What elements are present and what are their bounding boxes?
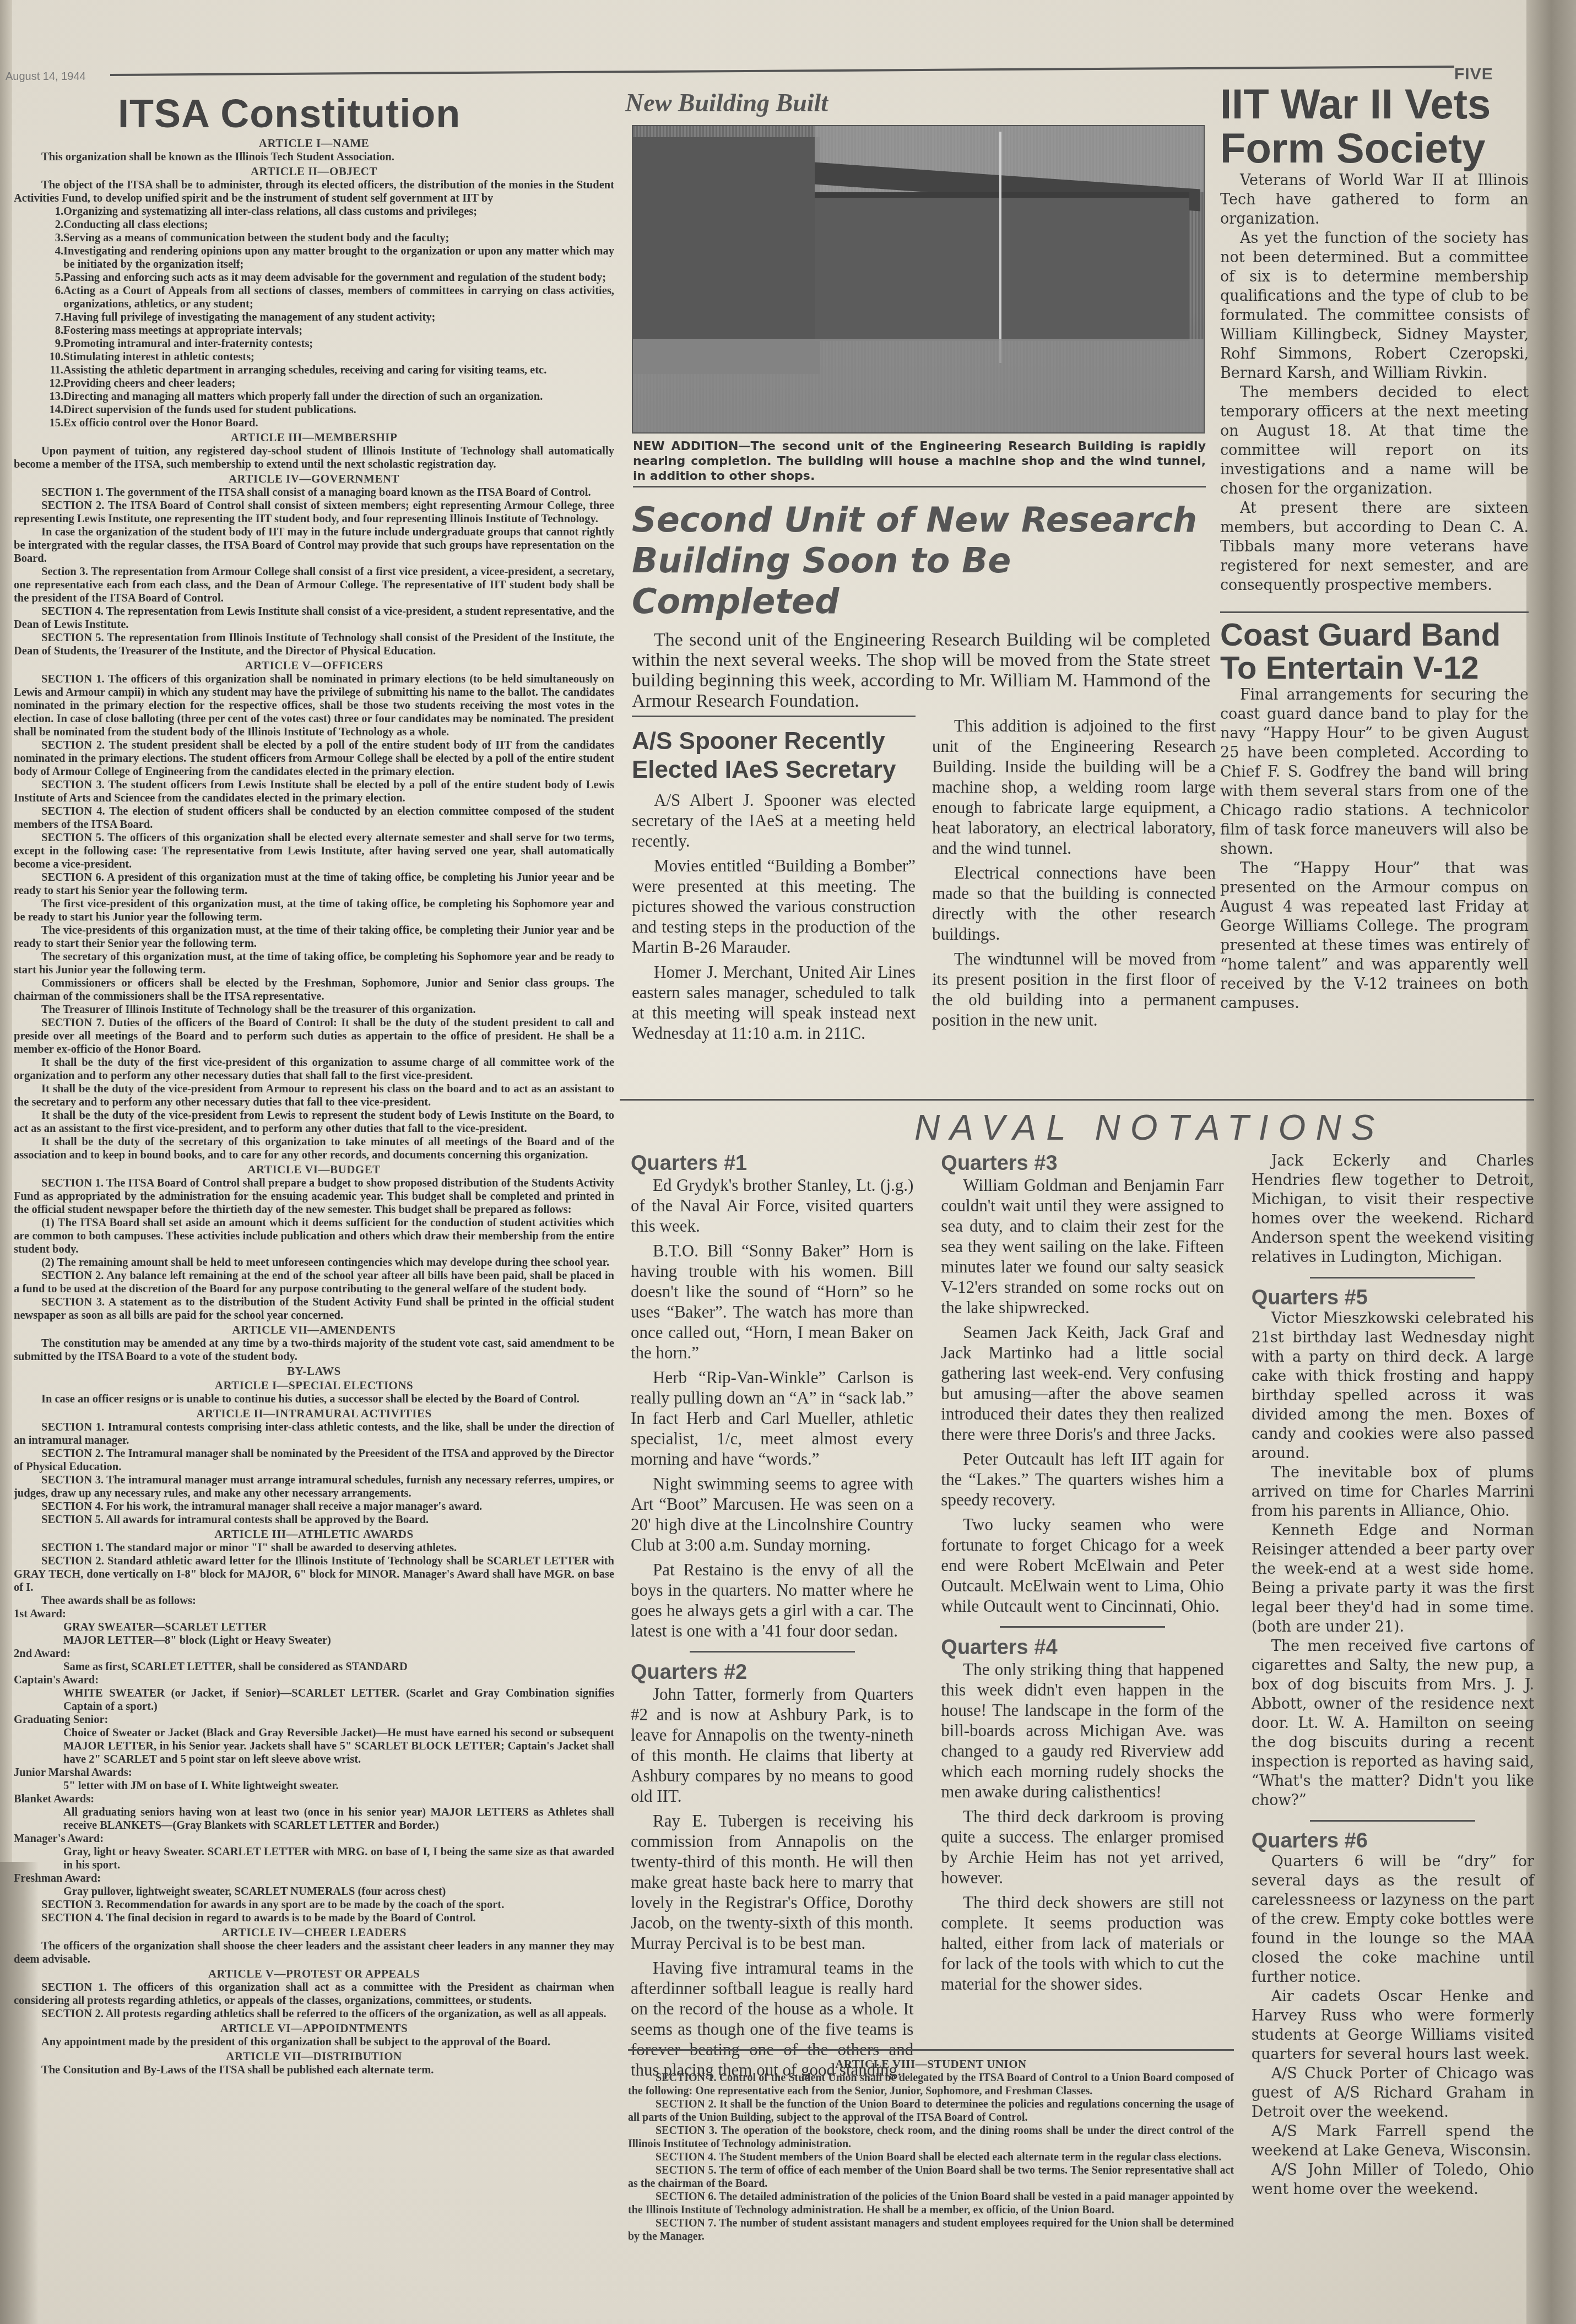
article-heading: ARTICLE V—OFFICERS [14,659,614,672]
article-heading: ARTICLE IV—GOVERNMENT [14,472,614,485]
paragraph: A/S John Miller of Toledo, Ohio went hom… [1252,2160,1534,2199]
paragraph: SECTION 1. The officers of this organiza… [14,1981,614,2007]
paragraph: Quarters 6 will be “dry” for several day… [1252,1852,1534,1987]
paragraph: (1) The ITSA Board shall set aside an am… [14,1216,614,1256]
award-category: 2nd Award: [14,1647,614,1660]
object-list: 1.Organizing and systematizing all inter… [14,205,614,430]
article-heading: ARTICLE I—NAME [14,137,614,150]
paragraph: It shall be the duty of the vice-preside… [14,1109,614,1135]
list-item: 5.Passing and enforcing such acts as it … [14,271,614,284]
photo-building [815,192,1189,341]
student-union-article: ARTICLE VIII—STUDENT UNION SECTION 1. Co… [628,2049,1234,2243]
list-item: 11.Assisting the athletic department in … [14,364,614,377]
award-category: Freshman Award: [14,1872,614,1885]
right-column: IIT War II Vets Form Society Veterans of… [1220,83,1529,1013]
paragraph: The secretary of this organization must,… [14,950,614,977]
paragraph: Herb “Rip-Van-Winkle” Carlson is really … [631,1367,913,1469]
paragraph: In case an officer resigns or is unable … [14,1393,614,1406]
lead-paragraph: The second unit of the Engineering Resea… [632,630,1210,711]
paragraph: SECTION 2. It shall be the function of t… [628,2098,1234,2124]
paragraph: SECTION 6. The detailed administration o… [628,2190,1234,2217]
paragraph: The Treasurer of Illinois Institute of T… [14,1003,614,1016]
award-category: Blanket Awards: [14,1792,614,1806]
paragraph: The constitution may be amended at any t… [14,1337,614,1363]
quarters-heading: Quarters #3 [941,1153,1223,1174]
paragraph: The members decided to elect temporary o… [1220,383,1529,499]
award-line: MAJOR LETTER—8" block (Light or Heavy Sw… [14,1634,614,1647]
paragraph: SECTION 2. The student president shall b… [14,739,614,778]
paragraph: Two lucky seamen who were fortunate to f… [941,1514,1223,1616]
paragraph: Air cadets Oscar Henke and Harvey Russ w… [1252,1987,1534,2064]
award-line: 5" letter with JM on base of I. White li… [14,1779,614,1792]
award-line: Same as first, SCARLET LETTER, shall be … [14,1660,614,1673]
list-item: 4.Investigating and rendering opinions u… [14,245,614,271]
paragraph: Pat Restaino is the envy of all the boys… [631,1559,913,1641]
award-line: GRAY SWEATER—SCARLET LETTER [14,1621,614,1634]
paragraph: SECTION 1. Intramural contests comprisin… [14,1421,614,1447]
paragraph: Jack Eckerly and Charles Hendries flew t… [1252,1151,1534,1267]
award-category: Junior Marshal Awards: [14,1766,614,1779]
paragraph: It shall be the duty of the first vice-p… [14,1056,614,1082]
divider [1310,1277,1475,1279]
award-line: Gray, light or heavy Sweater. SCARLET LE… [14,1845,614,1872]
paragraph: SECTION 1. The standard major or minor "… [14,1541,614,1554]
article-heading: ARTICLE IV—CHEER LEADERS [14,1926,614,1939]
photo-kicker: New Building Built [625,88,1215,117]
paragraph: SECTION 2. The ITSA Board of Control sha… [14,499,614,526]
photo-caption: NEW ADDITION—The second unit of the Engi… [633,439,1206,487]
paragraph: Movies entitled “Building a Bomber” were… [632,855,916,957]
award-category: Graduating Senior: [14,1713,614,1726]
paragraph: A/S Mark Farrell spend the weekend at La… [1252,2122,1534,2160]
list-item: 2.Conducting all class elections; [14,218,614,231]
paragraph: Section 3. The representation from Armou… [14,565,614,605]
article-headline: ITSA Constitution [0,94,614,136]
paragraph: The officers of the organization shall s… [14,1940,614,1966]
divider [1310,1820,1475,1822]
paragraph: Ed Grydyk's brother Stanley, Lt. (j.g.) … [631,1175,913,1236]
list-item: 15.Ex officio control over the Honor Boa… [14,416,614,430]
article-heading: ARTICLE III—MEMBERSHIP [14,431,614,444]
paragraph: Peter Outcault has left IIT again for th… [941,1449,1223,1510]
quarters-heading: Quarters #6 [1252,1832,1534,1851]
itsa-constitution-article: ITSA Constitution ARTICLE I—NAME This or… [14,94,614,2077]
paragraph: A/S Albert J. Spooner was elected secret… [632,790,916,851]
article-headline: Second Unit of New Research Building Soo… [632,500,1215,622]
award-category: Manager's Award: [14,1832,614,1845]
paragraph: SECTION 3. Recommendation for awards in … [14,1898,614,1911]
coast-guard-headline: Coast Guard Band To Entertain V-12 [1220,611,1529,686]
list-item: 8.Fostering mass meetings at appropriate… [14,324,614,337]
paragraph: SECTION 3. The intramural manager must a… [14,1474,614,1500]
naval-col-3: Jack Eckerly and Charles Hendries flew t… [1252,1151,1534,2199]
paragraph: SECTION 5. All awards for intramural con… [14,1513,614,1526]
award-line: All graduating seniors having won at lea… [14,1806,614,1832]
paragraph: Ray E. Tubergen is receiving his commiss… [631,1811,913,1953]
quarters-heading: Quarters #4 [941,1638,1223,1658]
paragraph: Commissioners or officers shall be elect… [14,977,614,1003]
quarters-heading: Quarters #5 [1252,1288,1534,1308]
quarters-heading: Quarters #1 [631,1153,913,1174]
award-line: Gray pullover, lightweight sweater, SCAR… [14,1885,614,1898]
bylaws-heading: BY-LAWS [14,1364,614,1378]
subcolumns: A/S Spooner Recently Elected IAeS Secret… [632,716,1216,1048]
new-building-continued: This addition is adjoined to the first u… [932,716,1216,1048]
list-item: 3.Serving as a means of communication be… [14,231,614,245]
vets-headline: IIT War II Vets Form Society [1220,83,1529,171]
dateline: August 14, 1944 [6,71,86,83]
paragraph: The windtunnel will be moved from its pr… [932,949,1216,1030]
paragraph: SECTION 1. The ITSA Board of Control sha… [14,1177,614,1216]
paragraph: A/S Chuck Porter of Chicago was guest of… [1252,2064,1534,2122]
paragraph: At present there are sixteen members, bu… [1220,499,1529,595]
naval-notations-columns: Quarters #1 Ed Grydyk's brother Stanley,… [631,1151,1534,2199]
paragraph: SECTION 3. The operation of the bookstor… [628,2124,1234,2150]
divider [1000,1626,1165,1628]
paragraph: The “Happy Hour” that was presented on t… [1220,859,1529,1013]
list-item: 9.Promoting intramural and inter-fratern… [14,337,614,350]
list-item: 10.Stimulating interest in athletic cont… [14,350,614,364]
newspaper-page: August 14, 1944 FIVE ITSA Constitution A… [0,0,1576,2324]
paragraph: This addition is adjoined to the first u… [932,716,1216,858]
paragraph: SECTION 2. Standard athletic award lette… [14,1554,614,1594]
article-heading: ARTICLE VII—DISTRIBUTION [14,2050,614,2063]
paragraph: The men received five cartons of cigaret… [1252,1637,1534,1810]
paragraph: The third deck showers are still not com… [941,1892,1223,1994]
list-item: 14.Direct supervision of the funds used … [14,403,614,416]
paragraph: SECTION 3. A statement as to the distrib… [14,1296,614,1322]
list-item: 1.Organizing and systematizing all inter… [14,205,614,218]
vets-body: Veterans of World War II at Illinois Tec… [1220,171,1529,595]
paragraph: Seamen Jack Keith, Jack Graf and Jack Ma… [941,1322,1223,1444]
paragraph: B.T.O. Bill “Sonny Baker” Horn is having… [631,1240,913,1363]
photo-ground [633,339,1204,432]
coast-guard-body: Final arrangements for securing the coas… [1220,685,1529,1013]
spooner-article: A/S Spooner Recently Elected IAeS Secret… [632,716,916,1048]
award-line: WHITE SWEATER (or Jacket, if Senior)—SCA… [14,1687,614,1713]
paragraph: The object of the ITSA shall be to admin… [14,178,614,205]
paragraph: Kenneth Edge and Norman Reisinger attend… [1252,1521,1534,1637]
award-line: Choice of Sweater or Jacket (Black and G… [14,1726,614,1766]
article-body: This addition is adjoined to the first u… [932,716,1216,1030]
paragraph: SECTION 4. The Student members of the Un… [628,2150,1234,2164]
article-heading: ARTICLE II—OBJECT [14,165,614,178]
paragraph: The inevitable box of plums arrived on t… [1252,1463,1534,1521]
paragraph: SECTION 2. All protests regarding athlet… [14,2007,614,2020]
paragraph: Electrical connections have been made so… [932,863,1216,944]
paragraph: Any appointment made by the president of… [14,2035,614,2049]
paragraph: SECTION 6. A president of this organizat… [14,871,614,897]
paragraph: SECTION 7. The number of student assista… [628,2217,1234,2243]
paragraph: SECTION 2. Any balance left remaining at… [14,1269,614,1296]
photo-post [999,132,1001,363]
paragraph: It shall be the duty of the vice-preside… [14,1082,614,1109]
paragraph: As yet the function of the society has n… [1220,229,1529,383]
paragraph: Final arrangements for securing the coas… [1220,685,1529,859]
list-item: 6.Acting as a Court of Appeals from all … [14,284,614,311]
paragraph: SECTION 3. The student officers from Lew… [14,778,614,805]
naval-notations-title: NAVAL NOTATIONS [914,1107,1384,1148]
award-category: 1st Award: [14,1607,614,1621]
paragraph: John Tatter, formerly from Quarters #2 a… [631,1684,913,1806]
paragraph: In case the organization of the student … [14,526,614,565]
quarters-heading: Quarters #2 [631,1662,913,1683]
naval-rule [620,1099,1534,1101]
naval-col-1: Quarters #1 Ed Grydyk's brother Stanley,… [631,1151,913,2199]
article-heading: ARTICLE VIII—STUDENT UNION [628,2057,1234,2071]
article-heading: ARTICLE I—SPECIAL ELECTIONS [14,1379,614,1392]
naval-col-2: Quarters #3 William Goldman and Benjamin… [941,1151,1223,2199]
paragraph: SECTION 5. The representation from Illin… [14,631,614,658]
paragraph: William Goldman and Benjamin Farr couldn… [941,1175,1223,1318]
article-heading: ARTICLE VII—AMENDENTS [14,1323,614,1336]
paragraph: The third deck darkroom is proving quite… [941,1806,1223,1888]
paragraph: Upon payment of tuition, any registered … [14,445,614,471]
new-building-article: New Building Built NEW ADDITION—The seco… [620,88,1215,1048]
article-heading: ARTICLE V—PROTEST OR APPEALS [14,1967,614,1980]
paragraph: The first vice-president of this organiz… [14,897,614,924]
article-headline: A/S Spooner Recently Elected IAeS Secret… [632,727,916,784]
paragraph: Homer J. Merchant, United Air Lines east… [632,962,916,1043]
paragraph: (2) The remaining amount shall be held t… [14,1256,614,1269]
paragraph: Veterans of World War II at Illinois Tec… [1220,171,1529,229]
paragraph: This organization shall be known as the … [14,150,614,164]
masthead-rule [110,66,1454,76]
paragraph: The vice-presidents of this organization… [14,924,614,950]
paragraph: SECTION 5. The term of office of each me… [628,2164,1234,2190]
article-heading: ARTICLE VI—BUDGET [14,1163,614,1176]
article-heading: ARTICLE VI—APPOIDNTMENTS [14,2022,614,2035]
constitution-body: ARTICLE I—NAME This organization shall b… [14,137,614,2077]
list-item: 7.Having full privilege of investigating… [14,311,614,324]
paragraph: SECTION 4. The final decision in regard … [14,1911,614,1925]
award-category: Captain's Award: [14,1673,614,1687]
paragraph: Night swimming seems to agree with Art “… [631,1474,913,1555]
paragraph: SECTION 2. The Intramural manager shall … [14,1447,614,1474]
paragraph: SECTION 4. For his work, the intramural … [14,1500,614,1513]
paragraph: The Consitution and By-Laws of the ITSA … [14,2063,614,2077]
article-body: A/S Albert J. Spooner was elected secret… [632,790,916,1043]
paragraph: Thee awards shall be as follows: [14,1594,614,1607]
article-heading: ARTICLE II—INTRAMURAL ACTIVITIES [14,1407,614,1420]
paragraph: SECTION 1. Control of the Student Union … [628,2071,1234,2098]
paragraph: It shall be the duty of the secretary of… [14,1135,614,1162]
paragraph: SECTION 1. The officers of this organiza… [14,673,614,739]
divider [690,1651,855,1653]
building-photo [632,125,1205,434]
paragraph: Victor Mieszkowski celebrated his 21st b… [1252,1309,1534,1463]
paragraph: SECTION 4. The election of student offic… [14,805,614,831]
paragraph: The only striking thing that happened th… [941,1659,1223,1802]
list-item: 13.Directing and managing all matters wh… [14,390,614,403]
paragraph: SECTION 5. The officers of this organiza… [14,831,614,871]
paragraph: SECTION 7. Duties of the officers of the… [14,1016,614,1056]
article-heading: ARTICLE III—ATHLETIC AWARDS [14,1527,614,1541]
article-lead: The second unit of the Engineering Resea… [632,630,1210,711]
list-item: 12.Providing cheers and cheer leaders; [14,377,614,390]
paragraph: SECTION 4. The representation from Lewis… [14,605,614,631]
paragraph: SECTION 1. The government of the ITSA sh… [14,486,614,499]
